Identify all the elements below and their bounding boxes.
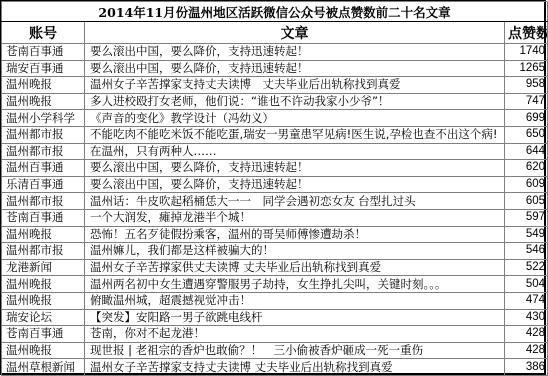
- table-row: 龙港新闻温州女子辛苦撑家供丈夫读博 丈夫毕业后出轨称找到真爱522: [2, 259, 548, 276]
- likes-cell[interactable]: 650: [505, 126, 548, 143]
- table-row: 温州都市报温州嫲儿，我们都是这样被骗大的！546: [2, 243, 548, 260]
- article-cell[interactable]: 温州嫲儿，我们都是这样被骗大的！: [85, 243, 505, 260]
- table-row: 温州都市报不能吃肉不能吃米饭不能吃蛋,瑞安一男童患罕见病!医生说,孕检也查不出这…: [2, 126, 548, 143]
- account-cell[interactable]: 瑞安百事通: [2, 60, 85, 77]
- likes-cell[interactable]: 428: [505, 326, 548, 343]
- spreadsheet-table-container: 2014年11月份温州地区活跃微信公众号被点赞数前二十名文章 账号 文章 点赞数…: [0, 0, 546, 375]
- likes-cell[interactable]: 699: [505, 110, 548, 127]
- likes-cell[interactable]: 609: [505, 176, 548, 193]
- likes-cell[interactable]: 644: [505, 143, 548, 160]
- account-cell[interactable]: 龙港新闻: [2, 259, 85, 276]
- table-row: 温州晚报现世报 | 老祖宗的香炉也敢偷？！ 三小偷被香炉砸成一死一重伤428: [2, 342, 548, 359]
- article-cell[interactable]: 俯瞰温州城，超震撼视觉冲击！: [85, 292, 505, 309]
- header-account: 账号: [2, 22, 85, 44]
- article-cell[interactable]: 温州女子辛苦撑家支持丈夫读博 丈夫毕业后出轨称找到真爱: [85, 77, 505, 94]
- likes-cell[interactable]: 522: [505, 259, 548, 276]
- account-cell[interactable]: 温州晚报: [2, 292, 85, 309]
- account-cell[interactable]: 温州都市报: [2, 193, 85, 210]
- article-cell[interactable]: 温州两名初中女生遭遇穿警服男子劫持，女生挣扎尖叫，关键时刻。。。: [85, 276, 505, 293]
- table-row: 温州晚报多人进校殴打女老师，他们说：“谁也不许动我家小少爷”！747: [2, 93, 548, 110]
- table-row: 温州都市报在温州，只有两种人……644: [2, 143, 548, 160]
- table-title: 2014年11月份温州地区活跃微信公众号被点赞数前二十名文章: [2, 2, 548, 22]
- likes-cell[interactable]: 1265: [505, 60, 548, 77]
- likes-cell[interactable]: 549: [505, 226, 548, 243]
- account-cell[interactable]: 苍南百事通: [2, 209, 85, 226]
- table-row: 乐清百事通要么滚出中国，要么降价，支持迅速转起！609: [2, 176, 548, 193]
- article-cell[interactable]: 温州女子辛苦撑家支持丈夫读博 丈夫毕业后出轨称找到真爱: [85, 359, 505, 376]
- article-cell[interactable]: 不能吃肉不能吃米饭不能吃蛋,瑞安一男童患罕见病!医生说,孕检也查不出这个病!: [85, 126, 505, 143]
- likes-cell[interactable]: 605: [505, 193, 548, 210]
- header-likes: 点赞数: [505, 22, 548, 44]
- title-row: 2014年11月份温州地区活跃微信公众号被点赞数前二十名文章: [2, 2, 548, 22]
- table-row: 温州都市报温州话：牛皮吹起稻桶恁大一一 同学会遇初恋女友 台型扎过头605: [2, 193, 548, 210]
- account-cell[interactable]: 苍南百事通: [2, 326, 85, 343]
- article-cell[interactable]: 要么滚出中国，要么降价，支持迅速转起！: [85, 44, 505, 61]
- table-row: 温州晚报温州女子辛苦撑家支持丈夫读博 丈夫毕业后出轨称找到真爱958: [2, 77, 548, 94]
- article-cell[interactable]: 要么滚出中国，要么降价，支持迅速转起！: [85, 60, 505, 77]
- account-cell[interactable]: 温州晚报: [2, 77, 85, 94]
- likes-cell[interactable]: 597: [505, 209, 548, 226]
- table-row: 苍南百事通一个大润发，瘫掉龙港半个城！597: [2, 209, 548, 226]
- likes-cell[interactable]: 504: [505, 276, 548, 293]
- table-row: 温州草根新闻温州女子辛苦撑家支持丈夫读博 丈夫毕业后出轨称找到真爱386: [2, 359, 548, 376]
- likes-cell[interactable]: 428: [505, 342, 548, 359]
- account-cell[interactable]: 温州百事通: [2, 160, 85, 177]
- account-cell[interactable]: 温州晚报: [2, 342, 85, 359]
- header-row: 账号 文章 点赞数: [2, 22, 548, 44]
- table-row: 温州小学科学《声音的变化》教学设计（冯幼义）699: [2, 110, 548, 127]
- likes-cell[interactable]: 620: [505, 160, 548, 177]
- account-cell[interactable]: 温州草根新闻: [2, 359, 85, 376]
- likes-cell[interactable]: 958: [505, 77, 548, 94]
- account-cell[interactable]: 瑞安论坛: [2, 309, 85, 326]
- article-cell[interactable]: 【突发】安阳路一男子欲跳电线杆: [85, 309, 505, 326]
- table-row: 温州晚报俯瞰温州城，超震撼视觉冲击！474: [2, 292, 548, 309]
- article-cell[interactable]: 在温州，只有两种人……: [85, 143, 505, 160]
- article-cell[interactable]: 温州话：牛皮吹起稻桶恁大一一 同学会遇初恋女友 台型扎过头: [85, 193, 505, 210]
- article-cell[interactable]: 恐怖！五名歹徒假扮乘客，温州的哥吴师傅惨遭劫杀！: [85, 226, 505, 243]
- article-cell[interactable]: 现世报 | 老祖宗的香炉也敢偷？！ 三小偷被香炉砸成一死一重伤: [85, 342, 505, 359]
- likes-cell[interactable]: 386: [505, 359, 548, 376]
- likes-cell[interactable]: 747: [505, 93, 548, 110]
- article-cell[interactable]: 《声音的变化》教学设计（冯幼义）: [85, 110, 505, 127]
- table-row: 瑞安论坛【突发】安阳路一男子欲跳电线杆430: [2, 309, 548, 326]
- account-cell[interactable]: 温州晚报: [2, 93, 85, 110]
- top-articles-table: 2014年11月份温州地区活跃微信公众号被点赞数前二十名文章 账号 文章 点赞数…: [1, 1, 548, 376]
- article-cell[interactable]: 要么滚出中国，要么降价，支持迅速转起！: [85, 160, 505, 177]
- table-row: 苍南百事通苍南，你对不起龙港！428: [2, 326, 548, 343]
- table-row: 温州晚报温州两名初中女生遭遇穿警服男子劫持，女生挣扎尖叫，关键时刻。。。504: [2, 276, 548, 293]
- table-row: 温州百事通要么滚出中国，要么降价，支持迅速转起！620: [2, 160, 548, 177]
- article-cell[interactable]: 多人进校殴打女老师，他们说：“谁也不许动我家小少爷”！: [85, 93, 505, 110]
- account-cell[interactable]: 温州都市报: [2, 143, 85, 160]
- article-cell[interactable]: 苍南，你对不起龙港！: [85, 326, 505, 343]
- account-cell[interactable]: 温州晚报: [2, 276, 85, 293]
- article-cell[interactable]: 要么滚出中国，要么降价，支持迅速转起！: [85, 176, 505, 193]
- account-cell[interactable]: 温州晚报: [2, 226, 85, 243]
- header-article: 文章: [85, 22, 505, 44]
- account-cell[interactable]: 温州都市报: [2, 243, 85, 260]
- article-cell[interactable]: 一个大润发，瘫掉龙港半个城！: [85, 209, 505, 226]
- likes-cell[interactable]: 430: [505, 309, 548, 326]
- account-cell[interactable]: 温州小学科学: [2, 110, 85, 127]
- table-row: 温州晚报恐怖！五名歹徒假扮乘客，温州的哥吴师傅惨遭劫杀！549: [2, 226, 548, 243]
- likes-cell[interactable]: 1740: [505, 44, 548, 61]
- table-row: 瑞安百事通要么滚出中国，要么降价，支持迅速转起！1265: [2, 60, 548, 77]
- account-cell[interactable]: 苍南百事通: [2, 44, 85, 61]
- likes-cell[interactable]: 546: [505, 243, 548, 260]
- table-row: 苍南百事通要么滚出中国，要么降价，支持迅速转起！1740: [2, 44, 548, 61]
- account-cell[interactable]: 乐清百事通: [2, 176, 85, 193]
- likes-cell[interactable]: 474: [505, 292, 548, 309]
- article-cell[interactable]: 温州女子辛苦撑家供丈夫读博 丈夫毕业后出轨称找到真爱: [85, 259, 505, 276]
- account-cell[interactable]: 温州都市报: [2, 126, 85, 143]
